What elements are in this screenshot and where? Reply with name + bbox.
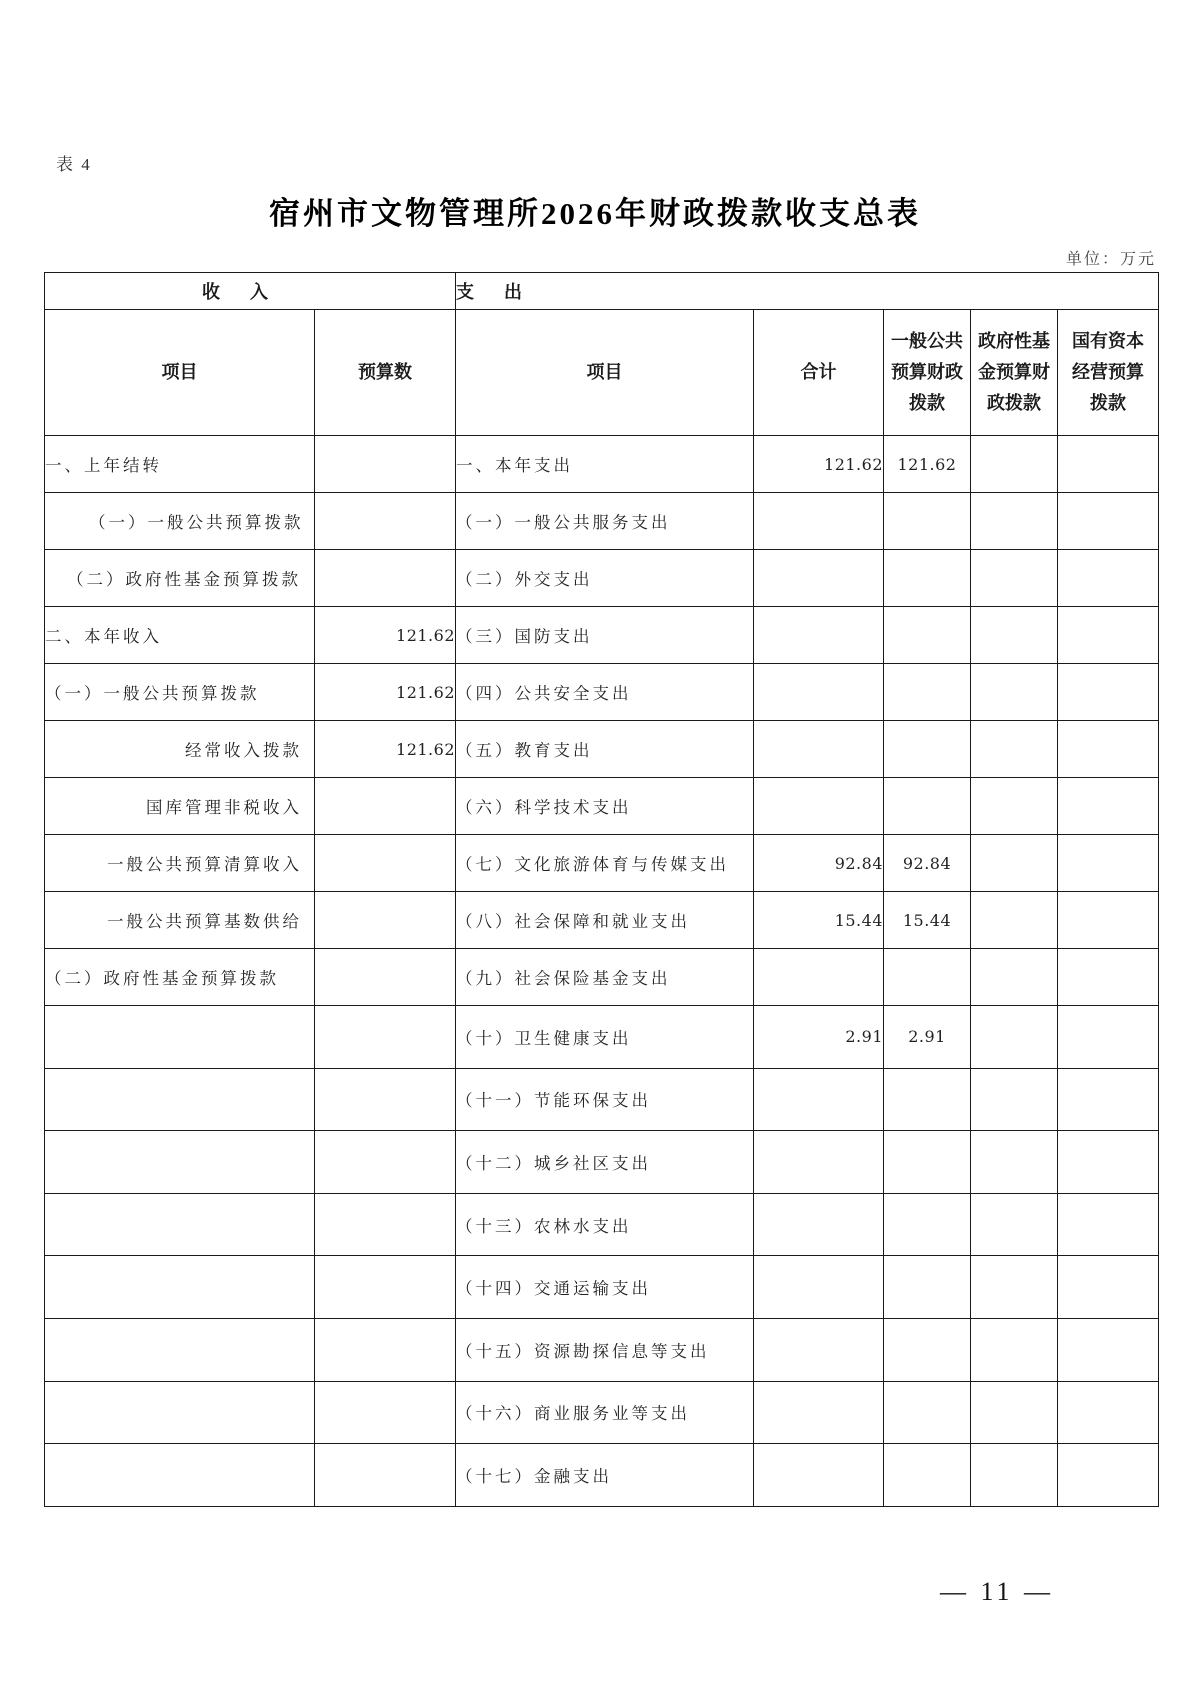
general-public-cell bbox=[884, 550, 971, 607]
general-public-cell bbox=[884, 721, 971, 778]
document-title: 宿州市文物管理所2026年财政拨款收支总表 bbox=[0, 188, 1190, 233]
gov-fund-cell bbox=[971, 949, 1058, 1006]
general-public-cell bbox=[884, 607, 971, 664]
income-item-cell bbox=[45, 1381, 315, 1444]
gov-fund-cell bbox=[971, 436, 1058, 493]
general-public-cell bbox=[884, 664, 971, 721]
expense-item-cell: （二）外交支出 bbox=[456, 550, 754, 607]
income-budget-cell bbox=[315, 892, 456, 949]
gov-fund-cell bbox=[971, 892, 1058, 949]
expense-item-cell: （一）一般公共服务支出 bbox=[456, 493, 754, 550]
general-public-cell bbox=[884, 1068, 971, 1131]
general-public-cell bbox=[884, 949, 971, 1006]
table-number-label: 表 4 bbox=[56, 150, 92, 175]
gov-fund-cell bbox=[971, 550, 1058, 607]
general-public-cell bbox=[884, 1193, 971, 1256]
general-public-cell bbox=[884, 1381, 971, 1444]
expense-total-cell bbox=[754, 664, 884, 721]
expense-total-cell bbox=[754, 1381, 884, 1444]
state-capital-cell bbox=[1058, 835, 1159, 892]
unit-label: 单位：万元 bbox=[1066, 246, 1156, 269]
expense-item-cell: （五）教育支出 bbox=[456, 721, 754, 778]
income-item-cell bbox=[45, 1256, 315, 1319]
expense-item-cell: （十七）金融支出 bbox=[456, 1444, 754, 1507]
expense-total-cell bbox=[754, 1444, 884, 1507]
expense-total-cell: 92.84 bbox=[754, 835, 884, 892]
gov-fund-cell bbox=[971, 1256, 1058, 1319]
general-public-cell: 2.91 bbox=[884, 1006, 971, 1069]
income-budget-cell: 121.62 bbox=[315, 607, 456, 664]
expense-item-cell: （九）社会保险基金支出 bbox=[456, 949, 754, 1006]
income-item-cell bbox=[45, 1318, 315, 1381]
expense-item-cell: （八）社会保障和就业支出 bbox=[456, 892, 754, 949]
income-item-cell: （二）政府性基金预算拨款 bbox=[45, 949, 315, 1006]
state-capital-cell bbox=[1058, 1006, 1159, 1069]
expense-item-cell: （十一）节能环保支出 bbox=[456, 1068, 754, 1131]
expense-item-cell: （四）公共安全支出 bbox=[456, 664, 754, 721]
state-capital-cell bbox=[1058, 721, 1159, 778]
income-item-cell: 一、上年结转 bbox=[45, 436, 315, 493]
state-capital-cell bbox=[1058, 1444, 1159, 1507]
expense-item-cell: （三）国防支出 bbox=[456, 607, 754, 664]
income-item-cell bbox=[45, 1193, 315, 1256]
expense-group-header: 支出 bbox=[456, 273, 1159, 310]
income-budget-cell bbox=[315, 1193, 456, 1256]
general-public-cell bbox=[884, 1444, 971, 1507]
income-item-cell: 国库管理非税收入 bbox=[45, 778, 315, 835]
gov-fund-cell bbox=[971, 1381, 1058, 1444]
expense-item-cell: （十六）商业服务业等支出 bbox=[456, 1381, 754, 1444]
table-row: （十四）交通运输支出 bbox=[45, 1256, 1159, 1319]
gov-fund-cell bbox=[971, 1193, 1058, 1256]
expense-total-cell: 15.44 bbox=[754, 892, 884, 949]
income-item-cell bbox=[45, 1444, 315, 1507]
col-income-item: 项目 bbox=[45, 310, 315, 436]
income-budget-cell bbox=[315, 436, 456, 493]
income-budget-cell bbox=[315, 778, 456, 835]
table-row: 经常收入拨款121.62（五）教育支出 bbox=[45, 721, 1159, 778]
expense-total-cell bbox=[754, 778, 884, 835]
expense-item-cell: （六）科学技术支出 bbox=[456, 778, 754, 835]
general-public-cell bbox=[884, 1131, 971, 1194]
state-capital-cell bbox=[1058, 1256, 1159, 1319]
table-row: （十一）节能环保支出 bbox=[45, 1068, 1159, 1131]
general-public-cell bbox=[884, 778, 971, 835]
income-item-cell: （一）一般公共预算拨款 bbox=[45, 493, 315, 550]
state-capital-cell bbox=[1058, 778, 1159, 835]
expense-total-cell bbox=[754, 721, 884, 778]
col-state-capital-budget: 国有资本经营预算拨款 bbox=[1058, 310, 1159, 436]
general-public-cell: 15.44 bbox=[884, 892, 971, 949]
expense-total-cell bbox=[754, 1068, 884, 1131]
col-gov-fund-budget: 政府性基金预算财政拨款 bbox=[971, 310, 1058, 436]
income-budget-cell: 121.62 bbox=[315, 664, 456, 721]
income-budget-cell bbox=[315, 1381, 456, 1444]
income-budget-cell bbox=[315, 550, 456, 607]
gov-fund-cell bbox=[971, 835, 1058, 892]
expense-total-cell bbox=[754, 1318, 884, 1381]
income-item-cell bbox=[45, 1006, 315, 1069]
income-item-cell: （二）政府性基金预算拨款 bbox=[45, 550, 315, 607]
income-item-cell: 一般公共预算清算收入 bbox=[45, 835, 315, 892]
state-capital-cell bbox=[1058, 664, 1159, 721]
income-item-cell bbox=[45, 1131, 315, 1194]
gov-fund-cell bbox=[971, 778, 1058, 835]
state-capital-cell bbox=[1058, 550, 1159, 607]
state-capital-cell bbox=[1058, 1131, 1159, 1194]
state-capital-cell bbox=[1058, 436, 1159, 493]
state-capital-cell bbox=[1058, 949, 1159, 1006]
table-row: （一）一般公共预算拨款121.62（四）公共安全支出 bbox=[45, 664, 1159, 721]
general-public-cell: 121.62 bbox=[884, 436, 971, 493]
expense-total-cell bbox=[754, 550, 884, 607]
income-budget-cell bbox=[315, 493, 456, 550]
state-capital-cell bbox=[1058, 1381, 1159, 1444]
table-row: 一般公共预算清算收入（七）文化旅游体育与传媒支出92.8492.84 bbox=[45, 835, 1159, 892]
expense-item-cell: （十二）城乡社区支出 bbox=[456, 1131, 754, 1194]
general-public-cell: 92.84 bbox=[884, 835, 971, 892]
col-expense-item: 项目 bbox=[456, 310, 754, 436]
table-row: （十七）金融支出 bbox=[45, 1444, 1159, 1507]
table-row: 一般公共预算基数供给（八）社会保障和就业支出15.4415.44 bbox=[45, 892, 1159, 949]
gov-fund-cell bbox=[971, 1318, 1058, 1381]
expense-item-cell: （七）文化旅游体育与传媒支出 bbox=[456, 835, 754, 892]
expense-total-cell: 121.62 bbox=[754, 436, 884, 493]
table-row: 二、本年收入121.62（三）国防支出 bbox=[45, 607, 1159, 664]
col-income-budget: 预算数 bbox=[315, 310, 456, 436]
group-header-row: 收入 支出 bbox=[45, 273, 1159, 310]
income-budget-cell bbox=[315, 1068, 456, 1131]
expense-total-cell bbox=[754, 1131, 884, 1194]
expense-total-cell bbox=[754, 1256, 884, 1319]
state-capital-cell bbox=[1058, 892, 1159, 949]
income-budget-cell bbox=[315, 1318, 456, 1381]
income-item-cell: 二、本年收入 bbox=[45, 607, 315, 664]
expense-total-cell bbox=[754, 1193, 884, 1256]
expense-item-cell: （十三）农林水支出 bbox=[456, 1193, 754, 1256]
general-public-cell bbox=[884, 1318, 971, 1381]
table-body: 一、上年结转一、本年支出121.62121.62（一）一般公共预算拨款（一）一般… bbox=[45, 436, 1159, 1507]
general-public-cell bbox=[884, 493, 971, 550]
table-row: 一、上年结转一、本年支出121.62121.62 bbox=[45, 436, 1159, 493]
expense-item-cell: （十）卫生健康支出 bbox=[456, 1006, 754, 1069]
budget-table: 收入 支出 项目 预算数 项目 合计 一般公共预算财政拨款 政府性基金预算财政拨… bbox=[44, 272, 1159, 1507]
income-item-cell: （一）一般公共预算拨款 bbox=[45, 664, 315, 721]
table-row: （一）一般公共预算拨款（一）一般公共服务支出 bbox=[45, 493, 1159, 550]
gov-fund-cell bbox=[971, 721, 1058, 778]
table-row: （十）卫生健康支出2.912.91 bbox=[45, 1006, 1159, 1069]
general-public-cell bbox=[884, 1256, 971, 1319]
state-capital-cell bbox=[1058, 1068, 1159, 1131]
gov-fund-cell bbox=[971, 493, 1058, 550]
col-expense-total: 合计 bbox=[754, 310, 884, 436]
income-item-cell bbox=[45, 1068, 315, 1131]
state-capital-cell bbox=[1058, 607, 1159, 664]
income-budget-cell bbox=[315, 1256, 456, 1319]
expense-item-cell: （十四）交通运输支出 bbox=[456, 1256, 754, 1319]
income-budget-cell bbox=[315, 949, 456, 1006]
income-item-cell: 经常收入拨款 bbox=[45, 721, 315, 778]
income-budget-cell bbox=[315, 835, 456, 892]
table-row: （十六）商业服务业等支出 bbox=[45, 1381, 1159, 1444]
column-header-row: 项目 预算数 项目 合计 一般公共预算财政拨款 政府性基金预算财政拨款 国有资本… bbox=[45, 310, 1159, 436]
income-budget-cell: 121.62 bbox=[315, 721, 456, 778]
gov-fund-cell bbox=[971, 1444, 1058, 1507]
expense-total-cell bbox=[754, 949, 884, 1006]
income-item-cell: 一般公共预算基数供给 bbox=[45, 892, 315, 949]
expense-total-cell: 2.91 bbox=[754, 1006, 884, 1069]
income-budget-cell bbox=[315, 1006, 456, 1069]
col-general-public-budget: 一般公共预算财政拨款 bbox=[884, 310, 971, 436]
income-group-header: 收入 bbox=[45, 273, 456, 310]
state-capital-cell bbox=[1058, 1318, 1159, 1381]
table-row: （二）政府性基金预算拨款（九）社会保险基金支出 bbox=[45, 949, 1159, 1006]
gov-fund-cell bbox=[971, 607, 1058, 664]
table-row: （十二）城乡社区支出 bbox=[45, 1131, 1159, 1194]
expense-total-cell bbox=[754, 493, 884, 550]
table-row: （十五）资源勘探信息等支出 bbox=[45, 1318, 1159, 1381]
expense-item-cell: 一、本年支出 bbox=[456, 436, 754, 493]
table-row: （二）政府性基金预算拨款（二）外交支出 bbox=[45, 550, 1159, 607]
income-budget-cell bbox=[315, 1444, 456, 1507]
page-number: — 11 — bbox=[940, 1577, 1054, 1607]
gov-fund-cell bbox=[971, 1131, 1058, 1194]
table-row: 国库管理非税收入（六）科学技术支出 bbox=[45, 778, 1159, 835]
expense-total-cell bbox=[754, 607, 884, 664]
state-capital-cell bbox=[1058, 493, 1159, 550]
income-budget-cell bbox=[315, 1131, 456, 1194]
expense-item-cell: （十五）资源勘探信息等支出 bbox=[456, 1318, 754, 1381]
gov-fund-cell bbox=[971, 1006, 1058, 1069]
gov-fund-cell bbox=[971, 664, 1058, 721]
state-capital-cell bbox=[1058, 1193, 1159, 1256]
gov-fund-cell bbox=[971, 1068, 1058, 1131]
table-row: （十三）农林水支出 bbox=[45, 1193, 1159, 1256]
